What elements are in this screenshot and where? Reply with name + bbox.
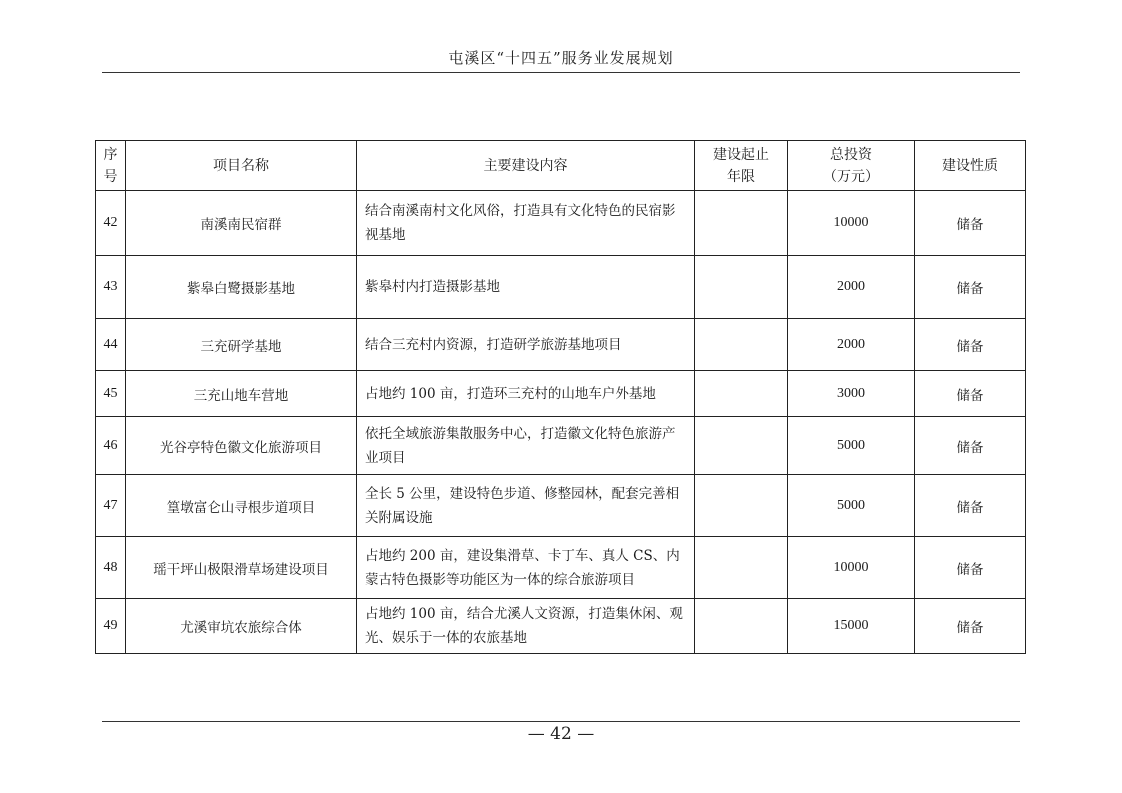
cell-seq: 48 [96, 537, 126, 599]
cell-nature: 储备 [915, 475, 1026, 537]
cell-period [695, 417, 788, 475]
cell-period [695, 191, 788, 256]
cell-name: 篁墩富仑山寻根步道项目 [126, 475, 357, 537]
cell-nature: 储备 [915, 191, 1026, 256]
cell-period [695, 371, 788, 417]
cell-investment: 5000 [788, 417, 915, 475]
cell-seq: 44 [96, 319, 126, 371]
table-header-row: 序号 项目名称 主要建设内容 建设起止年限 总投资（万元） 建设性质 [96, 141, 1026, 191]
table-row: 44 三充研学基地 结合三充村内资源，打造研学旅游基地项目 2000 储备 [96, 319, 1026, 371]
cell-investment: 2000 [788, 319, 915, 371]
cell-nature: 储备 [915, 371, 1026, 417]
table-row: 49 尤溪审坑农旅综合体 占地约 100 亩，结合尤溪人文资源，打造集休闲、观光… [96, 599, 1026, 654]
cell-nature: 储备 [915, 537, 1026, 599]
cell-investment: 2000 [788, 256, 915, 319]
cell-seq: 43 [96, 256, 126, 319]
cell-seq: 45 [96, 371, 126, 417]
column-header-period: 建设起止年限 [695, 141, 788, 191]
cell-name: 三充山地车营地 [126, 371, 357, 417]
cell-period [695, 599, 788, 654]
cell-content: 结合南溪南村文化风俗，打造具有文化特色的民宿影视基地 [357, 191, 695, 256]
cell-nature: 储备 [915, 417, 1026, 475]
cell-seq: 47 [96, 475, 126, 537]
cell-nature: 储备 [915, 256, 1026, 319]
cell-name: 紫皋白鹭摄影基地 [126, 256, 357, 319]
table-row: 42 南溪南民宿群 结合南溪南村文化风俗，打造具有文化特色的民宿影视基地 100… [96, 191, 1026, 256]
cell-period [695, 475, 788, 537]
table-row: 48 瑶干坪山极限滑草场建设项目 占地约 200 亩，建设集滑草、卡丁车、真人 … [96, 537, 1026, 599]
column-header-content: 主要建设内容 [357, 141, 695, 191]
header-divider [102, 72, 1020, 73]
cell-period [695, 537, 788, 599]
cell-content: 结合三充村内资源，打造研学旅游基地项目 [357, 319, 695, 371]
cell-period [695, 319, 788, 371]
cell-content: 占地约 100 亩，结合尤溪人文资源，打造集休闲、观光、娱乐于一体的农旅基地 [357, 599, 695, 654]
cell-nature: 储备 [915, 319, 1026, 371]
cell-name: 尤溪审坑农旅综合体 [126, 599, 357, 654]
cell-content: 全长 5 公里，建设特色步道、修整园林，配套完善相关附属设施 [357, 475, 695, 537]
cell-seq: 46 [96, 417, 126, 475]
document-header-title: 屯溪区“十四五”服务业发展规划 [0, 47, 1122, 68]
cell-investment: 10000 [788, 191, 915, 256]
table-row: 45 三充山地车营地 占地约 100 亩，打造环三充村的山地车户外基地 3000… [96, 371, 1026, 417]
cell-content: 依托全域旅游集散服务中心，打造徽文化特色旅游产业项目 [357, 417, 695, 475]
page-number: — 42 — [0, 724, 1122, 744]
cell-investment: 3000 [788, 371, 915, 417]
cell-nature: 储备 [915, 599, 1026, 654]
cell-name: 瑶干坪山极限滑草场建设项目 [126, 537, 357, 599]
table-row: 47 篁墩富仑山寻根步道项目 全长 5 公里，建设特色步道、修整园林，配套完善相… [96, 475, 1026, 537]
cell-name: 光谷亭特色徽文化旅游项目 [126, 417, 357, 475]
cell-name: 南溪南民宿群 [126, 191, 357, 256]
table-row: 43 紫皋白鹭摄影基地 紫皋村内打造摄影基地 2000 储备 [96, 256, 1026, 319]
cell-content: 占地约 100 亩，打造环三充村的山地车户外基地 [357, 371, 695, 417]
column-header-seq: 序号 [96, 141, 126, 191]
table-row: 46 光谷亭特色徽文化旅游项目 依托全域旅游集散服务中心，打造徽文化特色旅游产业… [96, 417, 1026, 475]
cell-name: 三充研学基地 [126, 319, 357, 371]
project-table: 序号 项目名称 主要建设内容 建设起止年限 总投资（万元） 建设性质 42 南溪… [95, 140, 1026, 654]
footer-divider [102, 721, 1020, 722]
cell-investment: 5000 [788, 475, 915, 537]
cell-content: 紫皋村内打造摄影基地 [357, 256, 695, 319]
cell-period [695, 256, 788, 319]
column-header-nature: 建设性质 [915, 141, 1026, 191]
cell-content: 占地约 200 亩，建设集滑草、卡丁车、真人 CS、内蒙古特色摄影等功能区为一体… [357, 537, 695, 599]
cell-investment: 10000 [788, 537, 915, 599]
column-header-name: 项目名称 [126, 141, 357, 191]
cell-seq: 49 [96, 599, 126, 654]
cell-seq: 42 [96, 191, 126, 256]
column-header-investment: 总投资（万元） [788, 141, 915, 191]
cell-investment: 15000 [788, 599, 915, 654]
